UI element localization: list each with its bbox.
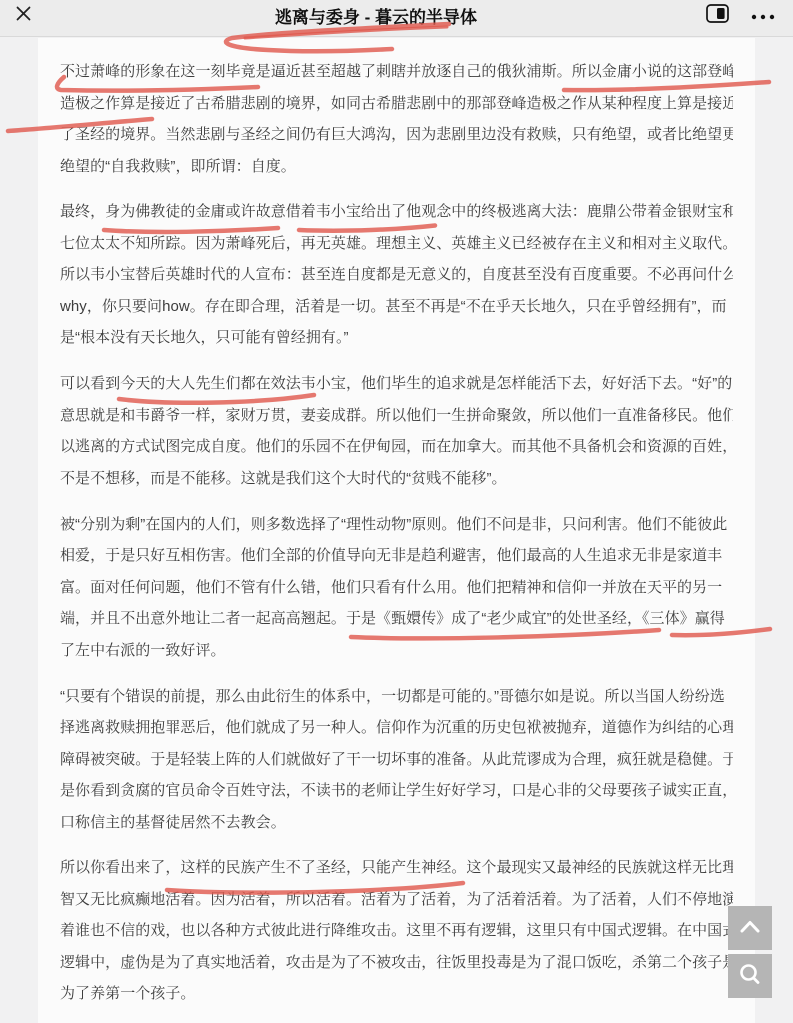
top-bar-actions: [706, 4, 793, 32]
text-line: 造极之作算是接近了古希腊悲剧的境界，如同古希腊悲剧中的那部登峰造极之作从某种程度…: [60, 88, 733, 120]
text-line: 是你看到贪腐的官员命令百姓守法，不读书的老师让学生好好学习，口是心非的父母要孩子…: [60, 775, 733, 807]
page-title: 逃离与委身 - 暮云的半导体: [46, 3, 706, 34]
text-line: 了左中右派的一致好评。: [60, 635, 733, 667]
paragraph: 被“分别为剩”在国内的人们，则多数选择了“理性动物”原则。他们不问是非，只问利害…: [60, 509, 733, 667]
paragraph: “只要有个错误的前提，那么由此衍生的体系中，一切都是可能的。”哥德尔如是说。所以…: [60, 681, 733, 839]
x-close-icon: [16, 6, 31, 24]
text-line: 端，并且不出意外地让二者一起高高翘起。于是《甄嬛传》成了“老少咸宜”的处世圣经，…: [60, 603, 733, 635]
text-line: why，你只要问how。存在即合理，活着是一切。甚至不再是“不在乎天长地久，只在…: [60, 291, 733, 323]
text-line: 所以你看出来了，这样的民族产生不了圣经，只能产生神经。这个最现实又最神经的民族就…: [60, 852, 733, 884]
text-line: 择逃离救赎拥抱罪恶后，他们就成了另一种人。信仰作为沉重的历史包袱被抛弃，道德作为…: [60, 712, 733, 744]
text-line: 所以韦小宝替后英雄时代的人宣布：甚至连自度都是无意义的，自度甚至没有百度重要。不…: [60, 259, 733, 291]
text-line: 不过萧峰的形象在这一刻毕竟是逼近甚至超越了刺瞎并放逐自己的俄狄浦斯。所以金庸小说…: [60, 56, 733, 88]
search-button[interactable]: [728, 954, 772, 998]
reader-panel-button[interactable]: [706, 4, 729, 26]
paragraph: 不过萧峰的形象在这一刻毕竟是逼近甚至超越了刺瞎并放逐自己的俄狄浦斯。所以金庸小说…: [60, 56, 733, 182]
text-line: 绝望的“自我救赎”，即所谓：自度。: [60, 151, 733, 183]
text-line: 意思就是和韦爵爷一样，家财万贯，妻妾成群。所以他们一生拼命聚敛，所以他们一直准备…: [60, 400, 733, 432]
paragraph: 最终，身为佛教徒的金庸或许故意借着韦小宝给出了他观念中的终极逃离大法：鹿鼎公带着…: [60, 196, 733, 354]
text-line: 着谁也不信的戏，也以各种方式彼此进行降维攻击。这里不再有逻辑，这里只有中国式逻辑…: [60, 915, 733, 947]
text-line: 为了养第一个孩子。: [60, 978, 733, 1010]
text-line: 了圣经的境界。当然悲剧与圣经之间仍有巨大鸿沟，因为悲剧里边没有救赎，只有绝望，或…: [60, 119, 733, 151]
text-line: 是“根本没有天长地久，只可能有曾经拥有。”: [60, 322, 733, 354]
text-line: “只要有个错误的前提，那么由此衍生的体系中，一切都是可能的。”哥德尔如是说。所以…: [60, 681, 733, 713]
paragraph: 可以看到今天的大人先生们都在效法韦小宝，他们毕生的追求就是怎样能活下去，好好活下…: [60, 368, 733, 494]
text-line: 口称信主的基督徒居然不去教会。: [60, 807, 733, 839]
reader-panel-icon: [706, 4, 729, 26]
text-line: 不是不想移，而是不能移。这就是我们这个大时代的“贫贱不能移”。: [60, 463, 733, 495]
text-line: 最终，身为佛教徒的金庸或许故意借着韦小宝给出了他观念中的终极逃离大法：鹿鼎公带着…: [60, 196, 733, 228]
back-to-top-button[interactable]: [728, 906, 772, 950]
magnifier-icon: [728, 953, 772, 1000]
ellipsis-menu-icon: [751, 8, 775, 23]
text-line: 逻辑中，虚伪是为了真实地活着，攻击是为了不被攻击，往饭里投毒是为了混口饭吃，杀第…: [60, 947, 733, 979]
text-line: 障碍被突破。于是轻装上阵的人们就做好了干一切坏事的准备。从此荒谬成为合理，疯狂就…: [60, 744, 733, 776]
text-line: 相爱，于是只好互相伤害。他们全部的价值导向无非是趋利避害，他们最高的人生追求无非…: [60, 540, 733, 572]
top-bar: 逃离与委身 - 暮云的半导体: [0, 0, 793, 37]
text-line: 可以看到今天的大人先生们都在效法韦小宝，他们毕生的追求就是怎样能活下去，好好活下…: [60, 368, 733, 400]
text-line: 富。面对任何问题，他们不管有什么错，他们只看有什么用。他们把精神和信仰一并放在天…: [60, 572, 733, 604]
article-body: 不过萧峰的形象在这一刻毕竟是逼近甚至超越了刺瞎并放逐自己的俄狄浦斯。所以金庸小说…: [60, 56, 733, 1010]
text-line: 被“分别为剩”在国内的人们，则多数选择了“理性动物”原则。他们不问是非，只问利害…: [60, 509, 733, 541]
text-line: 以逃离的方式试图完成自度。他们的乐园不在伊甸园，而在加拿大。而其他不具备机会和资…: [60, 431, 733, 463]
close-button[interactable]: [0, 0, 46, 37]
article-card: 不过萧峰的形象在这一刻毕竟是逼近甚至超越了刺瞎并放逐自己的俄狄浦斯。所以金庸小说…: [38, 38, 755, 1023]
more-menu-button[interactable]: [751, 8, 775, 23]
text-line: 智又无比疯癫地活着。因为活着，所以活着。活着为了活着，为了活着活着。为了活着，人…: [60, 884, 733, 916]
paragraph: 所以你看出来了，这样的民族产生不了圣经，只能产生神经。这个最现实又最神经的民族就…: [60, 852, 733, 1010]
chevron-up-icon: [728, 905, 772, 952]
text-line: 七位太太不知所踪。因为萧峰死后，再无英雄。理想主义、英雄主义已经被存在主义和相对…: [60, 228, 733, 260]
